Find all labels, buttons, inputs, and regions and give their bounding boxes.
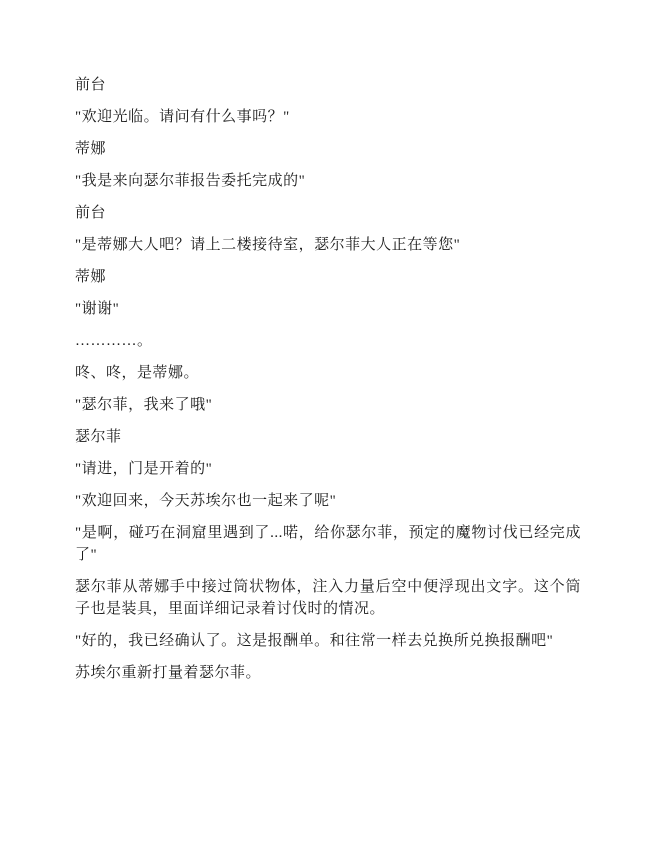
speaker-name: 蒂娜: [75, 138, 581, 160]
dialogue-line: "欢迎回来，今天苏埃尔也一起来了呢": [75, 490, 581, 512]
narration-line: 苏埃尔重新打量着瑟尔菲。: [75, 662, 581, 684]
ellipsis-line: …………。: [75, 330, 581, 352]
dialogue-line: "是蒂娜大人吧？请上二楼接待室，瑟尔菲大人正在等您": [75, 234, 581, 256]
narration-line: 瑟尔菲从蒂娜手中接过筒状物体，注入力量后空中便浮现出文字。这个筒子也是装具，里面…: [75, 576, 581, 620]
narration-line: 咚、咚，是蒂娜。: [75, 362, 581, 384]
dialogue-line: "瑟尔菲，我来了哦": [75, 394, 581, 416]
speaker-name: 蒂娜: [75, 266, 581, 288]
dialogue-line: "是啊，碰巧在洞窟里遇到了...喏，给你瑟尔菲，预定的魔物讨伐已经完成了": [75, 522, 581, 566]
speaker-name: 前台: [75, 74, 581, 96]
dialogue-line: "欢迎光临。请问有什么事吗？": [75, 106, 581, 128]
speaker-name: 瑟尔菲: [75, 426, 581, 448]
dialogue-line: "请进，门是开着的": [75, 458, 581, 480]
document-content: 前台"欢迎光临。请问有什么事吗？"蒂娜"我是来向瑟尔菲报告委托完成的"前台"是蒂…: [75, 74, 581, 694]
speaker-name: 前台: [75, 202, 581, 224]
dialogue-line: "好的，我已经确认了。这是报酬单。和往常一样去兑换所兑换报酬吧": [75, 630, 581, 652]
document-page: 前台"欢迎光临。请问有什么事吗？"蒂娜"我是来向瑟尔菲报告委托完成的"前台"是蒂…: [0, 0, 650, 850]
dialogue-line: "谢谢": [75, 298, 581, 320]
dialogue-line: "我是来向瑟尔菲报告委托完成的": [75, 170, 581, 192]
